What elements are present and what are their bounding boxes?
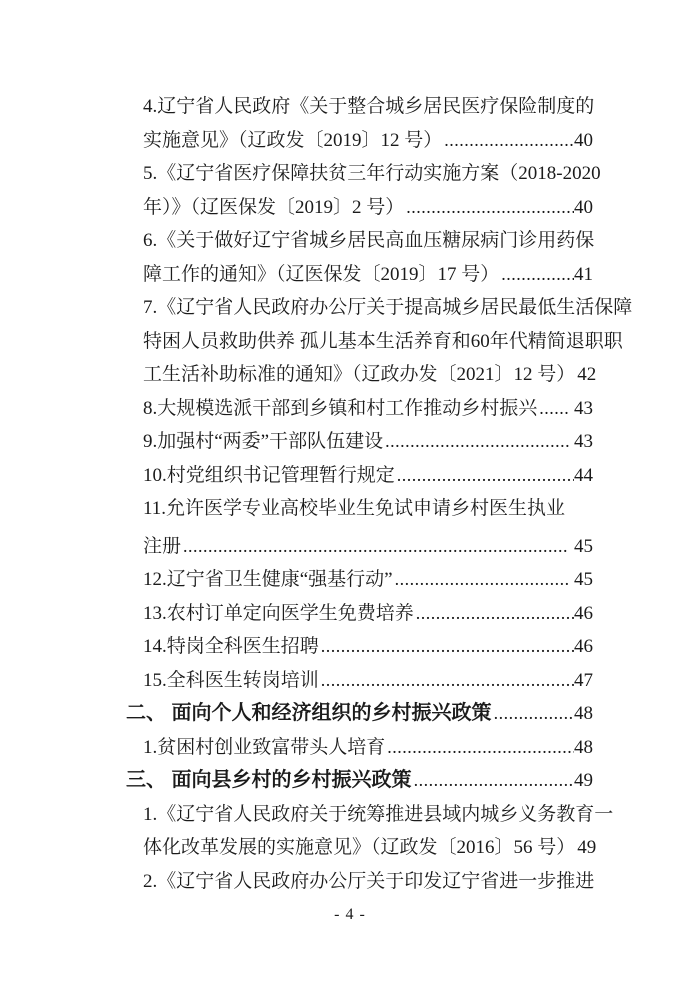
toc-page-number: 49: [574, 764, 593, 798]
table-of-contents: 4.辽宁省人民政府《关于整合城乡居民医疗保险制度的 实施意见》（辽政发〔2019…: [126, 90, 593, 898]
dot-leader: [183, 530, 569, 564]
dot-leader: [494, 697, 574, 731]
document-page: 4.辽宁省人民政府《关于整合城乡居民医疗保险制度的 实施意见》（辽政发〔2019…: [0, 0, 700, 990]
dot-leader: [501, 258, 574, 292]
toc-line: 2.《辽宁省人民政府办公厅关于印发辽宁省进一步推进: [126, 865, 593, 899]
dot-leader: [321, 630, 574, 664]
toc-heading-text: 三、 面向县乡村的乡村振兴政策: [126, 764, 412, 798]
toc-entry-text: 13.农村订单定向医学生免费培养: [143, 597, 414, 631]
dot-leader: [321, 664, 574, 698]
toc-line: 11.允许医学专业高校毕业生免试申请乡村医生执业: [126, 492, 593, 526]
toc-entry-text: 工生活补助标准的通知》（辽政办发〔2021〕12 号）: [143, 358, 575, 392]
toc-line: 4.辽宁省人民政府《关于整合城乡居民医疗保险制度的: [126, 90, 593, 124]
toc-page-number: 45: [569, 530, 593, 564]
toc-entry-text: 15.全科医生转岗培训: [143, 664, 319, 698]
toc-page-number: 46: [574, 597, 593, 631]
dot-leader: [385, 425, 569, 459]
toc-line: 13.农村订单定向医学生免费培养 46: [126, 597, 593, 631]
toc-line: 注册 45: [126, 530, 593, 564]
toc-section-heading: 二、 面向个人和经济组织的乡村振兴政策 48: [126, 697, 593, 731]
toc-entry-text: 1.贫困村创业致富带头人培育: [143, 731, 385, 765]
toc-entry-text: 注册: [143, 530, 181, 564]
toc-line: 年）》（辽医保发〔2019〕2 号） 40: [126, 191, 593, 225]
toc-page-number: 40: [574, 191, 593, 225]
toc-line: 12.辽宁省卫生健康“强基行动” 45: [126, 563, 593, 597]
toc-line: 工生活补助标准的通知》（辽政办发〔2021〕12 号） 42: [126, 358, 593, 392]
toc-line: 体化改革发展的实施意见》（辽政发〔2016〕56 号） 49: [126, 831, 593, 865]
toc-entry-text: 10.村党组织书记管理暂行规定: [143, 459, 395, 493]
toc-line: 1.《辽宁省人民政府关于统筹推进县域内城乡义务教育一: [126, 798, 593, 832]
toc-line: 15.全科医生转岗培训 47: [126, 664, 593, 698]
toc-entry-text: 体化改革发展的实施意见》（辽政发〔2016〕56 号）: [143, 831, 575, 865]
toc-page-number: 40: [574, 124, 593, 158]
toc-line: 9.加强村“两委”干部队伍建设 43: [126, 425, 593, 459]
dot-leader: [539, 392, 569, 426]
toc-page-number: 48: [574, 697, 593, 731]
toc-page-number: 43: [569, 392, 593, 426]
toc-page-number: 45: [569, 563, 593, 597]
toc-line: 5.《辽宁省医疗保障扶贫三年行动实施方案（2018-2020: [126, 157, 593, 191]
toc-page-number: 41: [574, 258, 593, 292]
toc-entry-text: 9.加强村“两委”干部队伍建设: [143, 425, 383, 459]
toc-line: 特困人员救助供养 孤儿基本生活养育和60年代精简退职职: [126, 325, 593, 359]
toc-page-number: 43: [569, 425, 593, 459]
toc-page-number: 48: [574, 731, 593, 765]
toc-entry-text: 12.辽宁省卫生健康“强基行动”: [143, 563, 393, 597]
toc-line: 8.大规模选派干部到乡镇和村工作推动乡村振兴 43: [126, 392, 593, 426]
toc-line: 障工作的通知》（辽医保发〔2019〕17 号） 41: [126, 258, 593, 292]
toc-page-number: 44: [574, 459, 593, 493]
dot-leader: [444, 124, 574, 158]
dot-leader: [397, 459, 574, 493]
toc-line: 10.村党组织书记管理暂行规定 44: [126, 459, 593, 493]
page-number-footer: - 4 -: [0, 906, 700, 924]
dot-leader: [387, 731, 574, 765]
toc-entry-text: 14.特岗全科医生招聘: [143, 630, 319, 664]
toc-line: 7.《辽宁省人民政府办公厅关于提高城乡居民最低生活保障: [126, 291, 593, 325]
dot-leader: [416, 597, 574, 631]
toc-line: 14.特岗全科医生招聘 46: [126, 630, 593, 664]
toc-entry-text: 8.大规模选派干部到乡镇和村工作推动乡村振兴: [143, 392, 537, 426]
toc-page-number: 47: [574, 664, 593, 698]
toc-page-number: 49: [577, 831, 596, 865]
toc-entry-text: 障工作的通知》（辽医保发〔2019〕17 号）: [143, 258, 499, 292]
dot-leader: [414, 764, 574, 798]
toc-line: 1.贫困村创业致富带头人培育 48: [126, 731, 593, 765]
toc-heading-text: 二、 面向个人和经济组织的乡村振兴政策: [126, 697, 492, 731]
toc-line: 6.《关于做好辽宁省城乡居民高血压糖尿病门诊用药保: [126, 224, 593, 258]
dot-leader: [406, 191, 574, 225]
toc-entry-text: 年）》（辽医保发〔2019〕2 号）: [143, 191, 404, 225]
toc-line: 实施意见》（辽政发〔2019〕12 号） 40: [126, 124, 593, 158]
toc-page-number: 46: [574, 630, 593, 664]
toc-entry-text: 实施意见》（辽政发〔2019〕12 号）: [143, 124, 442, 158]
toc-page-number: 42: [577, 358, 596, 392]
dot-leader: [395, 563, 570, 597]
toc-section-heading: 三、 面向县乡村的乡村振兴政策 49: [126, 764, 593, 798]
